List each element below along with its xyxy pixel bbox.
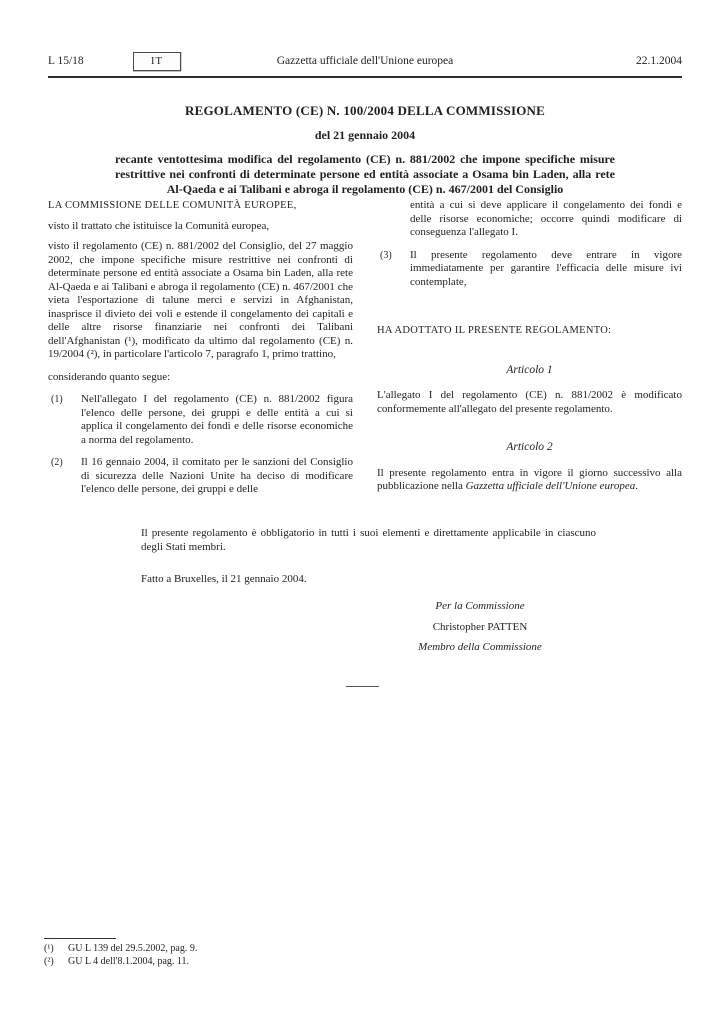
footnote-2-marker: (²)	[44, 955, 68, 968]
citation-regulation: visto il regolamento (CE) n. 881/2002 de…	[48, 240, 353, 362]
recital-3: (3) Il presente regolamento deve entrare…	[377, 249, 682, 290]
adoption-formula: HA ADOTTATO IL PRESENTE REGOLAMENTO:	[377, 324, 682, 338]
regulation-date-line: del 21 gennaio 2004	[48, 128, 682, 143]
left-column: LA COMMISSIONE DELLE COMUNITÀ EUROPEE, v…	[48, 199, 353, 506]
citation-treaty: visto il trattato che istituisce la Comu…	[48, 220, 353, 234]
journal-page: L 15/18 IT Gazzetta ufficiale dell'Union…	[0, 0, 725, 1024]
article-1-heading: Articolo 1	[377, 364, 682, 378]
recital-2: (2) Il 16 gennaio 2004, il comitato per …	[48, 456, 353, 497]
closing-block: Il presente regolamento è obbligatorio i…	[141, 527, 596, 587]
article-1-body: L'allegato I del regolamento (CE) n. 881…	[377, 389, 682, 416]
place-and-date: Fatto a Bruxelles, il 21 gennaio 2004.	[141, 573, 596, 587]
footnote-1: (¹) GU L 139 del 29.5.2002, pag. 9.	[44, 942, 364, 955]
header-rule	[48, 76, 682, 78]
page-header: L 15/18 IT Gazzetta ufficiale dell'Union…	[48, 52, 682, 74]
footnote-1-text: GU L 139 del 29.5.2002, pag. 9.	[68, 942, 364, 955]
footnote-1-marker: (¹)	[44, 942, 68, 955]
recital-1: (1) Nell'allegato I del regolamento (CE)…	[48, 393, 353, 447]
recital-3-number: (3)	[377, 249, 410, 290]
footnotes-block: (¹) GU L 139 del 29.5.2002, pag. 9. (²) …	[44, 938, 364, 968]
recital-1-text: Nell'allegato I del regolamento (CE) n. …	[81, 393, 353, 447]
footnote-2-text: GU L 4 dell'8.1.2004, pag. 11.	[68, 955, 364, 968]
recital-2-number: (2)	[48, 456, 81, 497]
signature-role: Membro della Commissione	[380, 641, 580, 655]
preamble-opening: LA COMMISSIONE DELLE COMUNITÀ EUROPEE,	[48, 199, 353, 213]
considering-line: considerando quanto segue:	[48, 371, 353, 385]
header-date: 22.1.2004	[636, 55, 682, 67]
right-column: entità a cui si deve applicare il congel…	[377, 199, 682, 519]
recital-2-continuation: entità a cui si deve applicare il congel…	[377, 199, 682, 240]
journal-title: Gazzetta ufficiale dell'Unione europea	[48, 55, 682, 67]
footnote-2: (²) GU L 4 dell'8.1.2004, pag. 11.	[44, 955, 364, 968]
signature-on-behalf: Per la Commissione	[380, 600, 580, 614]
recital-2-text: Il 16 gennaio 2004, il comitato per le s…	[81, 456, 353, 497]
signature-name: Christopher PATTEN	[380, 621, 580, 635]
title-block: REGOLAMENTO (CE) N. 100/2004 DELLA COMMI…	[48, 103, 682, 197]
recital-3-text: Il presente regolamento deve entrare in …	[410, 249, 682, 290]
regulation-title: REGOLAMENTO (CE) N. 100/2004 DELLA COMMI…	[48, 103, 682, 119]
article-2-body: Il presente regolamento entra in vigore …	[377, 467, 682, 494]
article-2-body-journal-ref: Gazzetta ufficiale dell'Unione europea	[466, 480, 636, 492]
recital-1-number: (1)	[48, 393, 81, 447]
regulation-subtitle: recante ventottesima modifica del regola…	[115, 152, 615, 197]
signature-block: Per la Commissione Christopher PATTEN Me…	[380, 600, 580, 662]
binding-statement: Il presente regolamento è obbligatorio i…	[141, 527, 596, 554]
article-2-heading: Articolo 2	[377, 441, 682, 455]
article-2-body-end: .	[635, 480, 638, 492]
end-divider-rule	[346, 686, 379, 687]
footnote-rule	[44, 938, 116, 939]
